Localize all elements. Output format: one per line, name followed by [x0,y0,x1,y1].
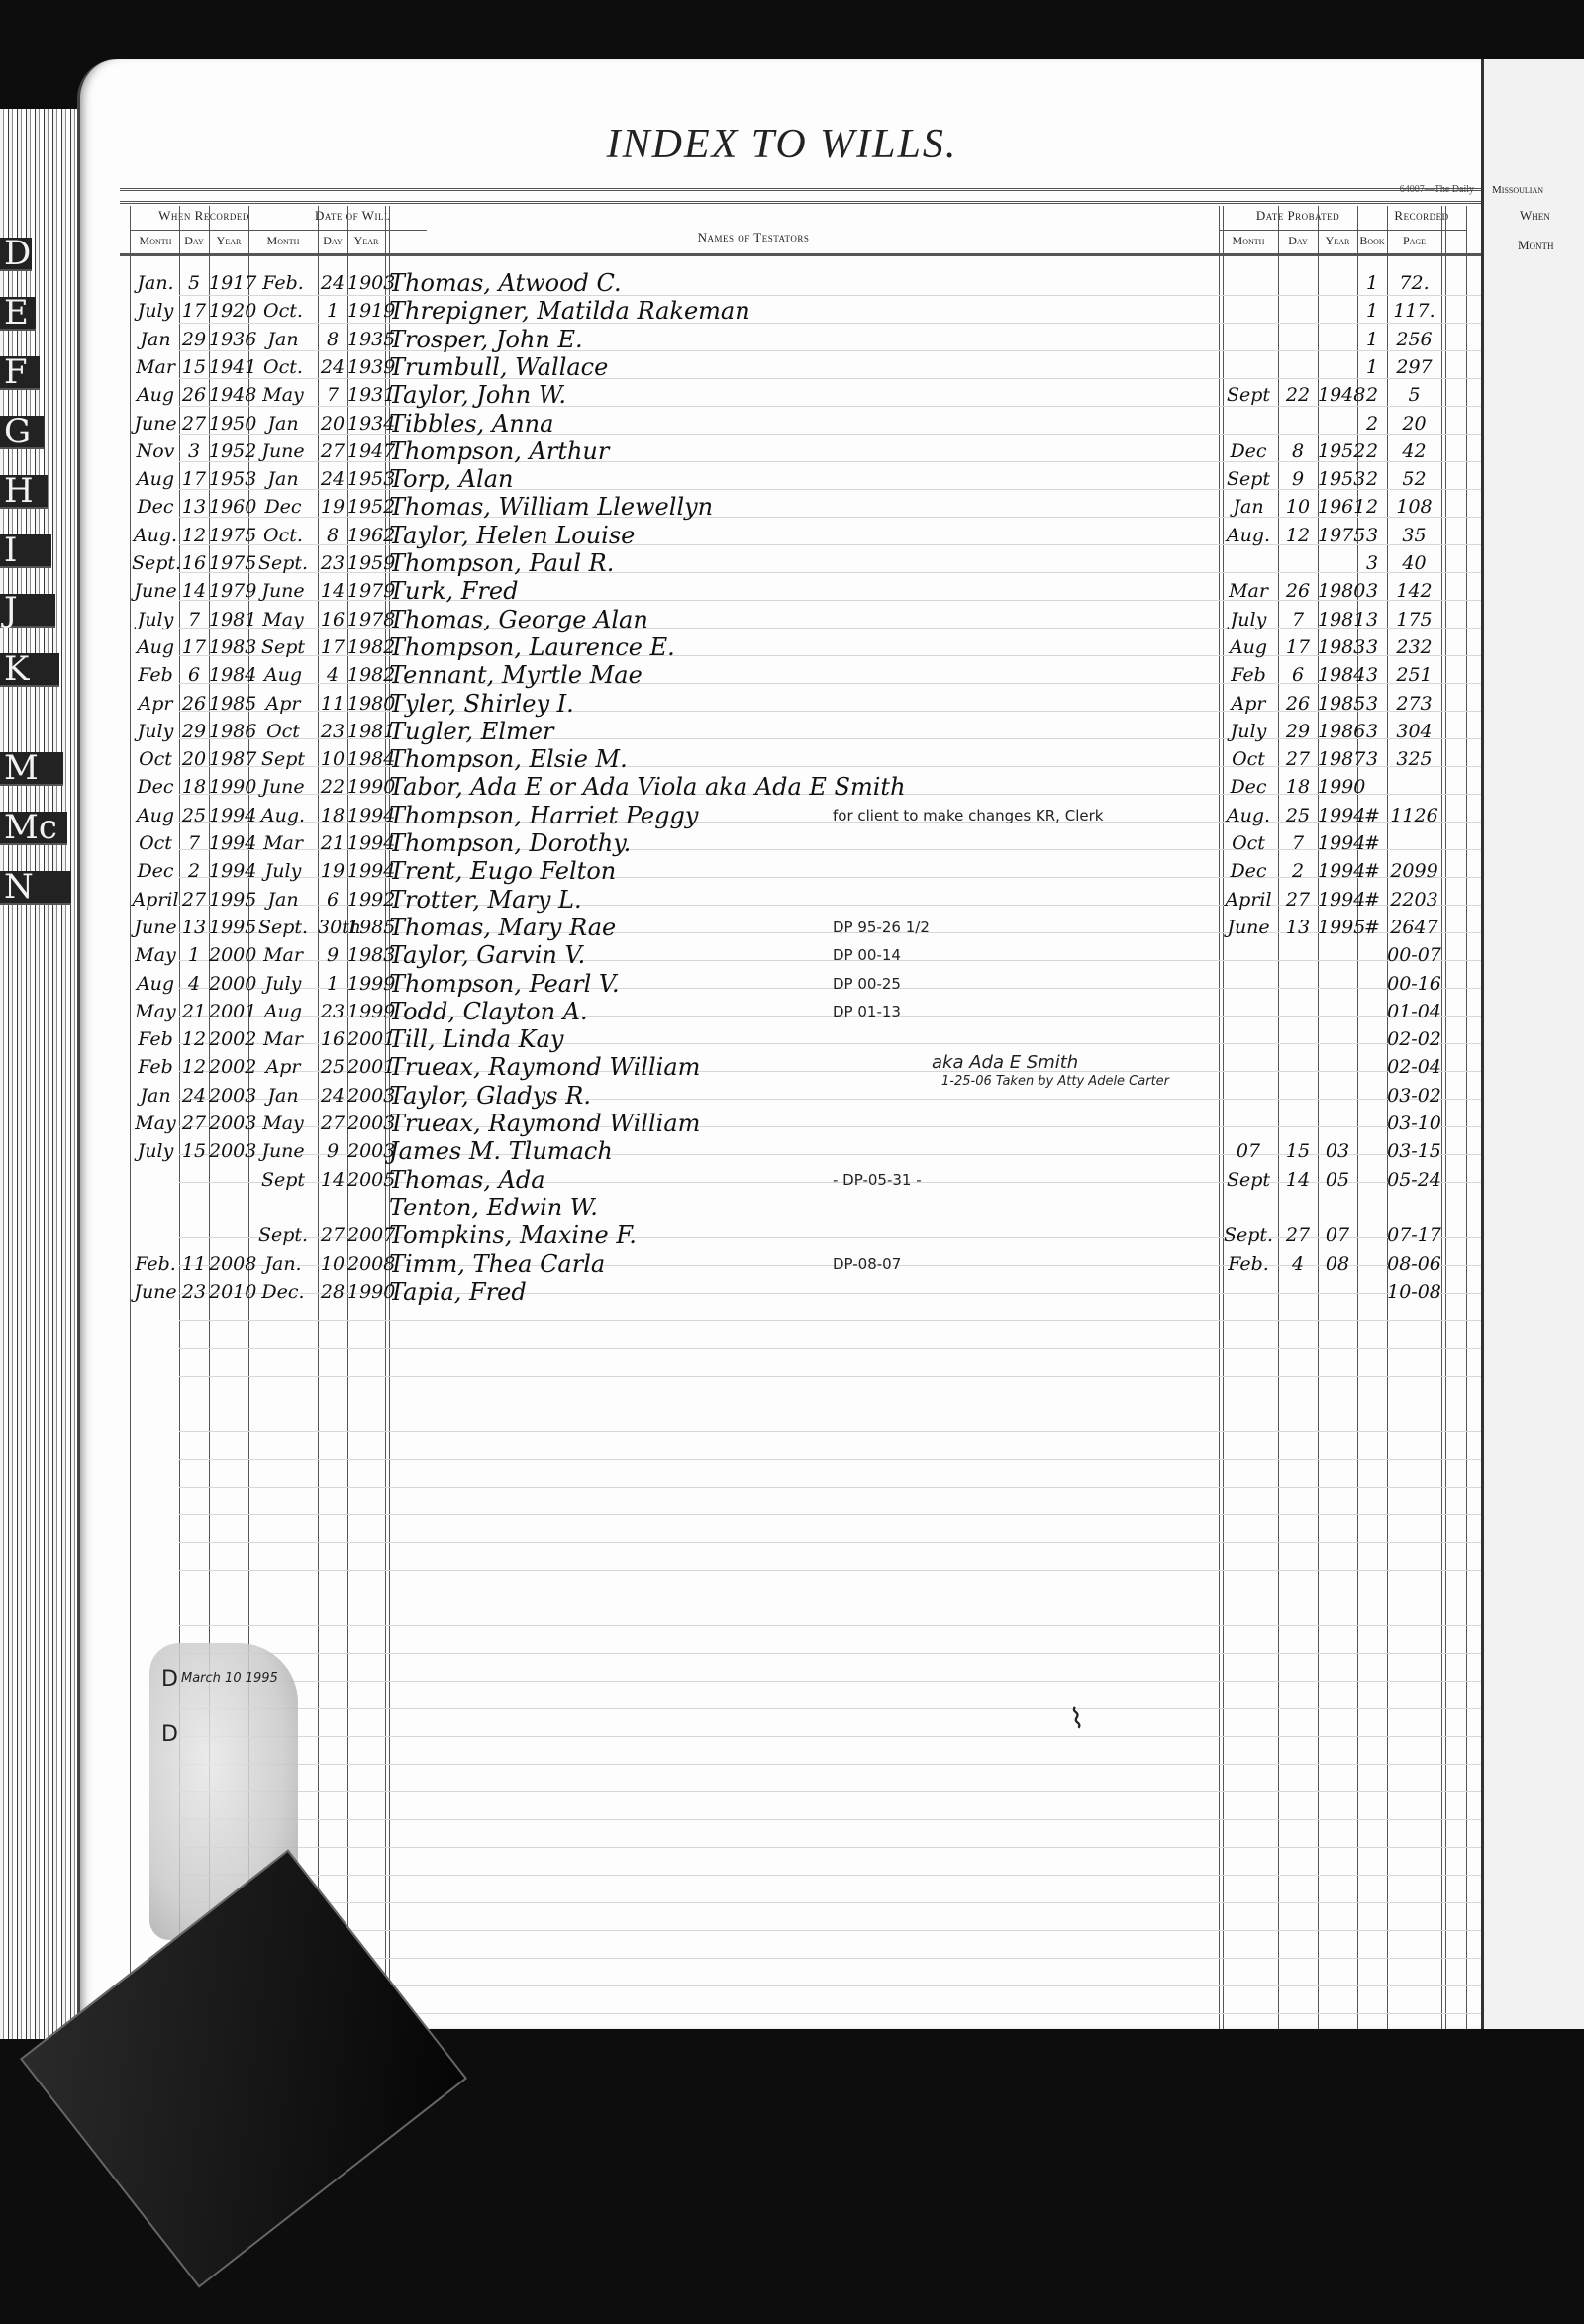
cell-page: 117. [1387,297,1441,325]
cell-book [1357,970,1387,998]
cell-will-m: Dec. [248,1278,318,1306]
cell-page: 07-17 [1387,1221,1441,1249]
cell-will-d: 14 [318,577,347,605]
cell-will-d: 28 [318,1278,347,1306]
header-date-of-will: Date of Will [278,208,427,224]
cell-will-m: July [248,857,318,885]
cell-book [1357,941,1387,969]
margin-d-mark: D [161,1667,178,1692]
cell-pro-m: Oct [1219,829,1278,857]
table-row: Feb122002Apr252001Trueax, Raymond Willia… [80,1053,1484,1081]
cell-pro-d [1278,1025,1318,1053]
cell-rec-m: June [132,410,179,437]
cell-will-y: 1983 [347,941,385,969]
cell-will-m: Jan [248,886,318,914]
testator-name: Turk, Fred [389,577,518,605]
initials-scribble-icon: ⌇ [1067,1701,1086,1736]
cell-rec-m: Aug [132,465,179,493]
cell-will-m: Sept [248,633,318,661]
cell-pro-y: 1975 [1318,522,1357,549]
ruled-line [179,1653,1484,1654]
table-row: Apr261985Apr111980Tyler, Shirley I.Apr26… [80,690,1484,718]
cell-pro-y [1318,410,1357,437]
testator-name: James M. Tlumach [389,1137,613,1165]
cell-will-m: Aug. [248,802,318,829]
cell-page [1387,773,1441,801]
index-tab[interactable]: I [0,534,51,568]
cell-rec-d: 2 [179,857,209,885]
cell-pro-d: 14 [1278,1166,1318,1194]
cell-will-m: Oct [248,718,318,745]
cell-rec-y: 2008 [209,1250,248,1278]
index-tab[interactable]: F [0,356,40,390]
table-row: Nov31952June271947Thompson, ArthurDec819… [80,437,1484,465]
cell-will-d [318,1194,347,1221]
cell-will-y: 1999 [347,970,385,998]
cell-page: 03-10 [1387,1110,1441,1137]
cell-rec-y: 1975 [209,549,248,577]
cell-rec-y: 2003 [209,1082,248,1110]
cell-pro-d [1278,1053,1318,1081]
cell-rec-m [132,1166,179,1194]
testator-name: Thompson, Arthur [389,437,609,465]
cell-rec-y: 1983 [209,633,248,661]
cell-pro-y: 1986 [1318,718,1357,745]
subheader-day: Day [318,234,347,248]
cell-will-d: 7 [318,381,347,409]
cell-book [1357,1082,1387,1110]
cell-book [1357,1137,1387,1165]
cell-pro-d: 7 [1278,606,1318,633]
cell-pro-d: 25 [1278,802,1318,829]
cell-rec-y: 2010 [209,1278,248,1306]
cell-will-m: Mar [248,1025,318,1053]
index-tab[interactable]: M [0,752,63,786]
cell-rec-d: 4 [179,970,209,998]
cell-rec-m: July [132,1137,179,1165]
cell-will-d: 24 [318,269,347,297]
cell-will-y: 2008 [347,1250,385,1278]
testator-name: Tompkins, Maxine F. [389,1221,637,1249]
index-tab[interactable]: K [0,653,59,687]
cell-book [1357,773,1387,801]
cell-rec-d: 17 [179,465,209,493]
cell-rec-y: 1995 [209,914,248,941]
cell-will-m: June [248,577,318,605]
cell-rec-m: Aug [132,381,179,409]
cell-book: 3 [1357,549,1387,577]
cell-pro-y: 07 [1318,1221,1357,1249]
testator-name: Thomas, Mary Rae [389,914,616,941]
cell-pro-m: Mar [1219,577,1278,605]
cell-pro-y: 1987 [1318,745,1357,773]
table-row: July171920Oct.11919Threpigner, Matilda R… [80,297,1484,325]
subheader-year: Year [209,234,248,248]
cell-will-d: 17 [318,633,347,661]
cell-pro-y: 1994 [1318,857,1357,885]
cell-book: 3 [1357,606,1387,633]
cell-rec-y: 1920 [209,297,248,325]
table-row: Dec21994July191994Trent, Eugo FeltonDec2… [80,857,1484,885]
testator-name: Taylor, Garvin V. [389,941,585,969]
cell-will-m: Dec [248,493,318,521]
cell-rec-m: Dec [132,857,179,885]
docket-note: DP 01-13 [833,998,901,1025]
cell-pro-y [1318,353,1357,381]
cell-pro-m: June [1219,914,1278,941]
cell-rec-y: 1994 [209,857,248,885]
cell-rec-d: 12 [179,1025,209,1053]
cell-rec-d: 29 [179,326,209,353]
cell-pro-d: 2 [1278,857,1318,885]
cell-pro-d [1278,970,1318,998]
cell-pro-m [1219,998,1278,1025]
table-row: Aug171953Jan241953Torp, AlanSept91953252 [80,465,1484,493]
table-row: Oct71994Mar211994Thompson, Dorothy.Oct71… [80,829,1484,857]
subheader-year: Year [347,234,385,248]
cell-will-d: 14 [318,1166,347,1194]
cell-pro-d: 29 [1278,718,1318,745]
cell-pro-d: 4 [1278,1250,1318,1278]
cell-book: 1 [1357,326,1387,353]
cell-rec-m: Feb. [132,1250,179,1278]
cell-rec-d: 12 [179,522,209,549]
ruled-line [179,1958,1484,1959]
cell-will-d: 1 [318,970,347,998]
testator-name: Taylor, Gladys R. [389,1082,591,1110]
cell-pro-m: Jan [1219,493,1278,521]
cell-will-y: 2001 [347,1053,385,1081]
testator-name: Trueax, Raymond William [389,1053,700,1081]
cell-rec-d: 25 [179,802,209,829]
cell-will-m: June [248,773,318,801]
cell-will-y: 2007 [347,1221,385,1249]
index-tab[interactable]: N [0,871,71,905]
docket-note: DP 95-26 1/2 [833,914,930,941]
cell-pro-m: Feb. [1219,1250,1278,1278]
cell-rec-d: 5 [179,269,209,297]
cell-pro-d: 17 [1278,633,1318,661]
cell-book [1357,1278,1387,1306]
cell-rec-d: 1 [179,941,209,969]
cell-pro-d: 7 [1278,829,1318,857]
cell-book [1357,1194,1387,1221]
cell-pro-y [1318,998,1357,1025]
cell-pro-m [1219,1110,1278,1137]
cell-rec-y: 1948 [209,381,248,409]
cell-page: 251 [1387,661,1441,689]
cell-rec-m: May [132,1110,179,1137]
cell-book [1357,1221,1387,1249]
cell-rec-m: Oct [132,745,179,773]
cell-page: 20 [1387,410,1441,437]
cell-will-y: 2003 [347,1110,385,1137]
cell-will-y: 1979 [347,577,385,605]
ruled-line [179,1708,1484,1709]
cell-page: 08-06 [1387,1250,1441,1278]
cell-will-y: 1985 [347,914,385,941]
cell-pro-d [1278,1278,1318,1306]
cell-rec-m: Dec [132,773,179,801]
testator-name: Tennant, Myrtle Mae [389,661,643,689]
cell-will-d: 19 [318,857,347,885]
table-row: July71981May161978Thomas, George AlanJul… [80,606,1484,633]
cell-rec-m: July [132,606,179,633]
cell-will-y: 1903 [347,269,385,297]
testator-name: Thompson, Elsie M. [389,745,628,773]
cell-will-m: Oct. [248,297,318,325]
cell-rec-d: 17 [179,633,209,661]
cell-book: 3 [1357,522,1387,549]
cell-rec-y: 1950 [209,410,248,437]
cell-page: 2647 [1387,914,1441,941]
cell-rec-d: 15 [179,1137,209,1165]
cell-rec-d: 27 [179,886,209,914]
cell-pro-m: Sept. [1219,1221,1278,1249]
index-tab[interactable]: D [0,238,32,271]
cell-rec-m: June [132,1278,179,1306]
cell-pro-m: Dec [1219,773,1278,801]
cell-will-m: Sept. [248,914,318,941]
cell-pro-d: 27 [1278,1221,1318,1249]
table-row: Mar151941Oct.241939Trumbull, Wallace1297 [80,353,1484,381]
cell-rec-d: 7 [179,606,209,633]
cell-pro-m: July [1219,718,1278,745]
cell-will-y: 1982 [347,633,385,661]
testator-name: Tapia, Fred [389,1278,527,1306]
cell-will-d: 20 [318,410,347,437]
subheader-day: Day [1278,234,1318,248]
cell-rec-m: Sept. [132,549,179,577]
ledger-page: INDEX TO WILLS. 64007—The Daily When Rec… [77,59,1484,2029]
cell-page: 2099 [1387,857,1441,885]
cell-pro-m: Dec [1219,857,1278,885]
ruled-line [179,1819,1484,1820]
testator-name: Thompson, Dorothy. [389,829,631,857]
cell-rec-y: 1941 [209,353,248,381]
header-divider [1219,230,1466,231]
cell-rec-m: Jan [132,1082,179,1110]
cell-book: 1 [1357,269,1387,297]
adjacent-header-when: When [1520,208,1550,224]
cell-page: 304 [1387,718,1441,745]
ruled-line [179,1681,1484,1682]
table-row: June131995Sept.30th1985Thomas, Mary RaeJ… [80,914,1484,941]
cell-will-m: May [248,606,318,633]
table-row: Sept.272007Tompkins, Maxine F.Sept.27070… [80,1221,1484,1249]
cell-rec-d: 3 [179,437,209,465]
ruled-line [179,1875,1484,1876]
table-row: May272003May272003Trueax, Raymond Willia… [80,1110,1484,1137]
index-tab[interactable]: E [0,297,36,331]
cell-pro-y: 1990 [1318,773,1357,801]
cell-rec-m [132,1194,179,1221]
cell-pro-d: 15 [1278,1137,1318,1165]
table-row: Oct201987Sept101984Thompson, Elsie M.Oct… [80,745,1484,773]
cell-rec-d: 20 [179,745,209,773]
cell-page: 5 [1387,381,1441,409]
cell-pro-y: 05 [1318,1166,1357,1194]
header-divider [130,230,427,231]
ruled-line [179,1431,1484,1432]
cell-rec-y: 1987 [209,745,248,773]
cell-pro-y [1318,326,1357,353]
cell-page: 1126 [1387,802,1441,829]
cell-pro-y [1318,297,1357,325]
testator-name: Threpigner, Matilda Rakeman [389,297,750,325]
cell-rec-d: 13 [179,493,209,521]
cell-page: 256 [1387,326,1441,353]
cell-rec-y: 1917 [209,269,248,297]
header-when-recorded: When Recorded [130,208,278,224]
cell-will-y: 1953 [347,465,385,493]
cell-will-d: 1 [318,297,347,325]
cell-rec-y: 2002 [209,1025,248,1053]
cell-will-d: 8 [318,326,347,353]
cell-rec-y: 2000 [209,970,248,998]
cell-pro-y: 1995 [1318,914,1357,941]
cell-will-y: 2005 [347,1166,385,1194]
subheader-year: Year [1318,234,1357,248]
index-tab[interactable]: G [0,416,44,449]
index-tab[interactable]: H [0,475,48,509]
cell-page: 297 [1387,353,1441,381]
cell-rec-d: 6 [179,661,209,689]
table-row: Dec181990June221990Tabor, Ada E or Ada V… [80,773,1484,801]
table-row: Feb61984Aug41982Tennant, Myrtle MaeFeb61… [80,661,1484,689]
cell-rec-y: 1981 [209,606,248,633]
cell-book: 3 [1357,633,1387,661]
cell-will-y: 1939 [347,353,385,381]
cell-pro-y: 1948 [1318,381,1357,409]
testator-name: Trumbull, Wallace [389,353,608,381]
cell-pro-d [1278,1194,1318,1221]
cell-rec-m: Jan. [132,269,179,297]
table-row: May212001Aug231999Todd, Clayton A.01-04D… [80,998,1484,1025]
table-row: Feb.112008Jan.102008Timm, Thea CarlaFeb.… [80,1250,1484,1278]
cell-rec-d: 21 [179,998,209,1025]
testator-name: Till, Linda Kay [389,1025,563,1053]
cell-pro-d [1278,1082,1318,1110]
ruled-line [179,1570,1484,1571]
cell-pro-y: 1984 [1318,661,1357,689]
cell-rec-y: 1952 [209,437,248,465]
cell-page [1387,829,1441,857]
cell-pro-y [1318,1194,1357,1221]
cell-will-d: 9 [318,1137,347,1165]
cell-will-d: 23 [318,549,347,577]
tabor-withdrawal-note: 1-25-06 Taken by Atty Adele Carter [941,1074,1169,1089]
testator-name: Timm, Thea Carla [389,1250,605,1278]
cell-page: 52 [1387,465,1441,493]
cell-pro-m [1219,941,1278,969]
cell-rec-d: 13 [179,914,209,941]
cell-rec-d: 27 [179,1110,209,1137]
cell-pro-d: 18 [1278,773,1318,801]
testator-name: Torp, Alan [389,465,513,493]
table-row: Aug42000July11999Thompson, Pearl V.00-16… [80,970,1484,998]
cell-will-m: July [248,970,318,998]
cell-will-y: 1959 [347,549,385,577]
cell-will-d: 24 [318,465,347,493]
subheader-page: Page [1387,234,1441,248]
cell-rec-m: Nov [132,437,179,465]
testator-name: Taylor, Helen Louise [389,522,635,549]
cell-will-m: Aug [248,998,318,1025]
cell-rec-m: Oct [132,829,179,857]
testator-name: Tenton, Edwin W. [389,1194,598,1221]
cell-rec-d [179,1221,209,1249]
cell-pro-m [1219,1053,1278,1081]
cell-will-d: 24 [318,353,347,381]
ruled-line [179,1376,1484,1377]
cell-will-m: Mar [248,829,318,857]
cell-book: 3 [1357,718,1387,745]
cell-will-d: 6 [318,886,347,914]
cell-pro-y: 1953 [1318,465,1357,493]
ruled-line [179,1930,1484,1931]
index-tab[interactable]: J [0,594,55,628]
cell-rec-d: 23 [179,1278,209,1306]
cell-will-y [347,1194,385,1221]
cell-rec-m: May [132,998,179,1025]
cell-rec-d: 16 [179,549,209,577]
cell-pro-y [1318,1025,1357,1053]
testator-name: Thomas, Ada [389,1166,545,1194]
cell-page: 72. [1387,269,1441,297]
index-tab[interactable]: Mc [0,812,67,845]
ruled-line [179,1764,1484,1765]
cell-pro-m: Sept [1219,1166,1278,1194]
cell-will-m: Aug [248,661,318,689]
cell-pro-y [1318,970,1357,998]
cell-rec-m: July [132,297,179,325]
cell-rec-y: 1975 [209,522,248,549]
cell-will-d: 18 [318,802,347,829]
cell-pro-m [1219,269,1278,297]
cell-rec-m: Aug [132,802,179,829]
cell-book: # [1357,802,1387,829]
docket-note: DP 00-14 [833,941,901,969]
table-row: Jan291936Jan81935Trosper, John E.1256 [80,326,1484,353]
cell-will-m: Oct. [248,353,318,381]
cell-will-m: June [248,1137,318,1165]
cell-rec-y: 2001 [209,998,248,1025]
table-row: July291986Oct231981Tugler, ElmerJuly2919… [80,718,1484,745]
cell-rec-m: Mar [132,353,179,381]
cell-pro-m [1219,297,1278,325]
cell-will-d: 8 [318,522,347,549]
cell-rec-m: July [132,718,179,745]
adjacent-header-month: Month [1518,238,1554,253]
cell-will-d: 30th [318,914,347,941]
table-row: June271950Jan201934Tibbles, Anna220 [80,410,1484,437]
cell-pro-d: 26 [1278,577,1318,605]
cell-rec-d: 18 [179,773,209,801]
cell-rec-m [132,1221,179,1249]
cell-will-d: 23 [318,998,347,1025]
table-row: April271995Jan61992Trotter, Mary L.April… [80,886,1484,914]
cell-rec-d: 14 [179,577,209,605]
cell-pro-m: Sept [1219,381,1278,409]
cell-will-m: Jan. [248,1250,318,1278]
cell-book [1357,1025,1387,1053]
cell-rec-y: 1994 [209,802,248,829]
testator-name: Thompson, Laurence E. [389,633,675,661]
cell-will-m: Feb. [248,269,318,297]
header-bottom-rule [120,253,1484,256]
cell-pro-m [1219,549,1278,577]
